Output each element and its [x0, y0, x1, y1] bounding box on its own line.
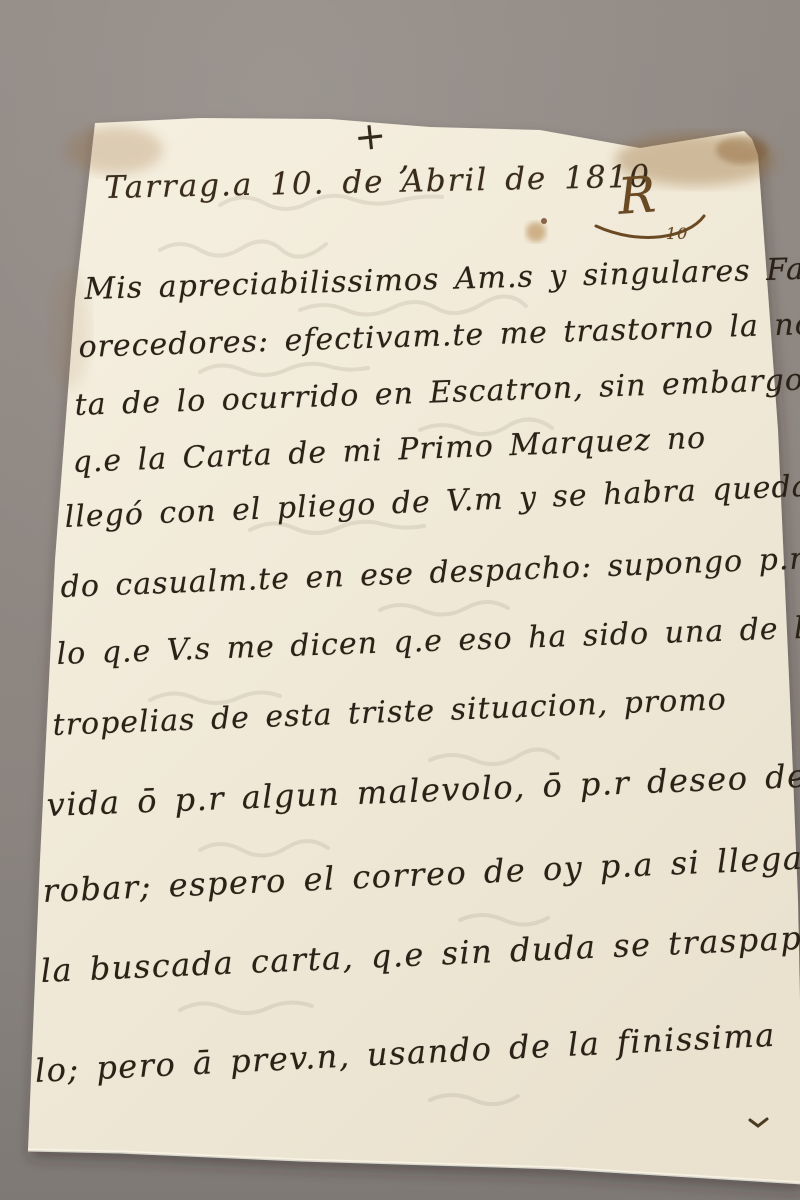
- rubric-signature: R: [616, 165, 659, 226]
- manuscript-line: la buscada carta, q.e sin duda se traspa…: [40, 918, 800, 990]
- manuscript-line: tropelias de esta triste situacion, prom…: [52, 682, 727, 743]
- photograph-of-letter: + , Tarrag.a 10. de Abril de 1810 R 10 M…: [0, 0, 800, 1200]
- manuscript-line: llegó con el pliego de V.m y se habra qu…: [64, 469, 800, 535]
- rubric-number: 10: [666, 224, 688, 243]
- manuscript-line: orecedores: efectivam.te me trastorno la…: [78, 307, 800, 365]
- manuscript-line: robar; espero el correo de oy p.a si lle…: [42, 839, 800, 910]
- manuscript-line: ta de lo ocurrido en Escatron, sin embar…: [74, 363, 800, 423]
- date-line: Tarrag.a 10. de Abril de 1810: [104, 159, 651, 206]
- manuscript-line: q.e la Carta de mi Primo Marquez no: [72, 421, 707, 480]
- manuscript-line: Mis apreciabilissimos Am.s y singulares …: [84, 251, 800, 307]
- manuscript-line: lo q.e V.s me dicen q.e eso ha sido una …: [56, 610, 800, 672]
- cross-mark: +: [352, 113, 389, 160]
- handwriting-layer: + , Tarrag.a 10. de Abril de 1810 R 10 M…: [0, 0, 800, 1200]
- manuscript-line: do casualm.te en ese despacho: supongo p…: [60, 541, 800, 605]
- manuscript-line: lo; pero ā prev.n, usando de la finissim…: [34, 1016, 777, 1090]
- manuscript-line: vida ō p.r algun malevolo, ō p.r deseo d…: [46, 757, 800, 824]
